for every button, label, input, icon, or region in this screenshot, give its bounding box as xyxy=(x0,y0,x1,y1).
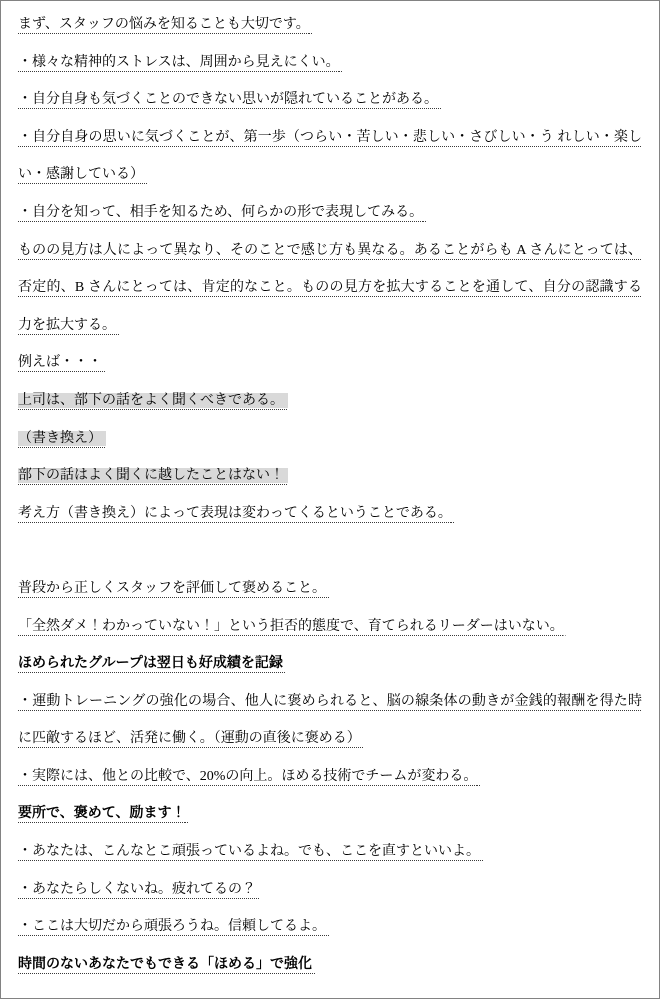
paragraph: 普段から正しくスタッフを評価して褒めること。 xyxy=(18,570,642,608)
bullet-paragraph: ・あなたらしくないね。疲れてるの？ xyxy=(18,871,642,909)
paragraph-text: 「全然ダメ！わかっていない！」という拒否的態度で、育てられるリーダーはいない。 xyxy=(18,619,567,634)
bullet-paragraph: ・自分自身の思いに気づくことが、第一歩（つらい・苦しい・悲しい・さびしい・う れ… xyxy=(18,119,642,194)
paragraph: 例えば・・・ xyxy=(18,344,642,382)
paragraph: まず、スタッフの悩みを知ることも大切です。 xyxy=(18,6,642,44)
paragraph-text: ・あなたは、こんなとこ頑張っているよね。でも、ここを直すといいよ。 xyxy=(18,844,484,859)
bullet-paragraph: ・自分自身も気づくことのできない思いが隠れていることがある。 xyxy=(18,81,642,119)
paragraph-text: ・自分自身も気づくことのできない思いが隠れていることがある。 xyxy=(18,92,442,107)
paragraph-text: ・様々な精神的ストレスは、周囲から見えにくい。 xyxy=(18,55,343,70)
paragraph: ものの見方は人によって異なり、そのことで感じ方も異なる。あることがらも A さん… xyxy=(18,232,642,345)
bullet-paragraph: ・運動トレーニングの強化の場合、他人に褒められると、脳の線条体の動きが金銭的報酬… xyxy=(18,683,642,758)
bullet-paragraph: ・あなたは、こんなとこ頑張っているよね。でも、ここを直すといいよ。 xyxy=(18,833,642,871)
highlighted-paragraph: 部下の話はよく聞くに越したことはない！ xyxy=(18,457,642,495)
paragraph-text: 要所で、褒めて、励ます！ xyxy=(18,806,189,821)
bullet-paragraph: ・実際には、他との比較で、20%の向上。ほめる技術でチームが変わる。 xyxy=(18,758,642,796)
bold-heading-paragraph: ほめられたグループは翌日も好成績を記録 xyxy=(18,645,642,683)
paragraph-text: ・自分自身の思いに気づくことが、第一歩（つらい・苦しい・悲しい・さびしい・う れ… xyxy=(18,130,642,183)
paragraph-text: まず、スタッフの悩みを知ることも大切です。 xyxy=(18,17,313,32)
bullet-paragraph: ・ここは大切だから頑張ろうね。信頼してるよ。 xyxy=(18,908,642,946)
bold-heading-paragraph: 時間のないあなたでもできる「ほめる」で強化 xyxy=(18,946,642,984)
paragraph-text: ・実際には、他との比較で、20%の向上。ほめる技術でチームが変わる。 xyxy=(18,769,481,784)
highlighted-paragraph: （書き換え） xyxy=(18,420,642,458)
paragraph-text: 上司は、部下の話をよく聞くべきである。 xyxy=(18,393,288,408)
paragraph-text: ・ここは大切だから頑張ろうね。信頼してるよ。 xyxy=(18,919,330,934)
paragraph-text: ものの見方は人によって異なり、そのことで感じ方も異なる。あることがらも A さん… xyxy=(18,243,642,333)
bullet-paragraph: ・自分を知って、相手を知るため、何らかの形で表現してみる。 xyxy=(18,194,642,232)
bold-heading-paragraph: 要所で、褒めて、励ます！ xyxy=(18,795,642,833)
paragraph-text: 例えば・・・ xyxy=(18,355,106,370)
paragraph-text: 時間のないあなたでもできる「ほめる」で強化 xyxy=(18,957,316,972)
paragraph-text: 考え方（書き換え）によって表現は変わってくるということである。 xyxy=(18,506,455,521)
paragraph-text: ・自分を知って、相手を知るため、何らかの形で表現してみる。 xyxy=(18,205,427,220)
bullet-paragraph: ・様々な精神的ストレスは、周囲から見えにくい。 xyxy=(18,44,642,82)
paragraph: 考え方（書き換え）によって表現は変わってくるということである。 xyxy=(18,495,642,533)
paragraph-text: （書き換え） xyxy=(18,431,106,446)
paragraph-text: ・あなたらしくないね。疲れてるの？ xyxy=(18,882,260,897)
highlighted-paragraph: 上司は、部下の話をよく聞くべきである。 xyxy=(18,382,642,420)
document-page: まず、スタッフの悩みを知ることも大切です。 ・様々な精神的ストレスは、周囲から見… xyxy=(0,0,660,999)
paragraph-text: ほめられたグループは翌日も好成績を記録 xyxy=(18,656,286,671)
paragraph-text: 普段から正しくスタッフを評価して褒めること。 xyxy=(18,581,330,596)
paragraph: 「全然ダメ！わかっていない！」という拒否的態度で、育てられるリーダーはいない。 xyxy=(18,608,642,646)
paragraph-text: 部下の話はよく聞くに越したことはない！ xyxy=(18,468,288,483)
blank-line xyxy=(18,532,642,570)
paragraph-text: ・運動トレーニングの強化の場合、他人に褒められると、脳の線条体の動きが金銭的報酬… xyxy=(18,694,642,747)
